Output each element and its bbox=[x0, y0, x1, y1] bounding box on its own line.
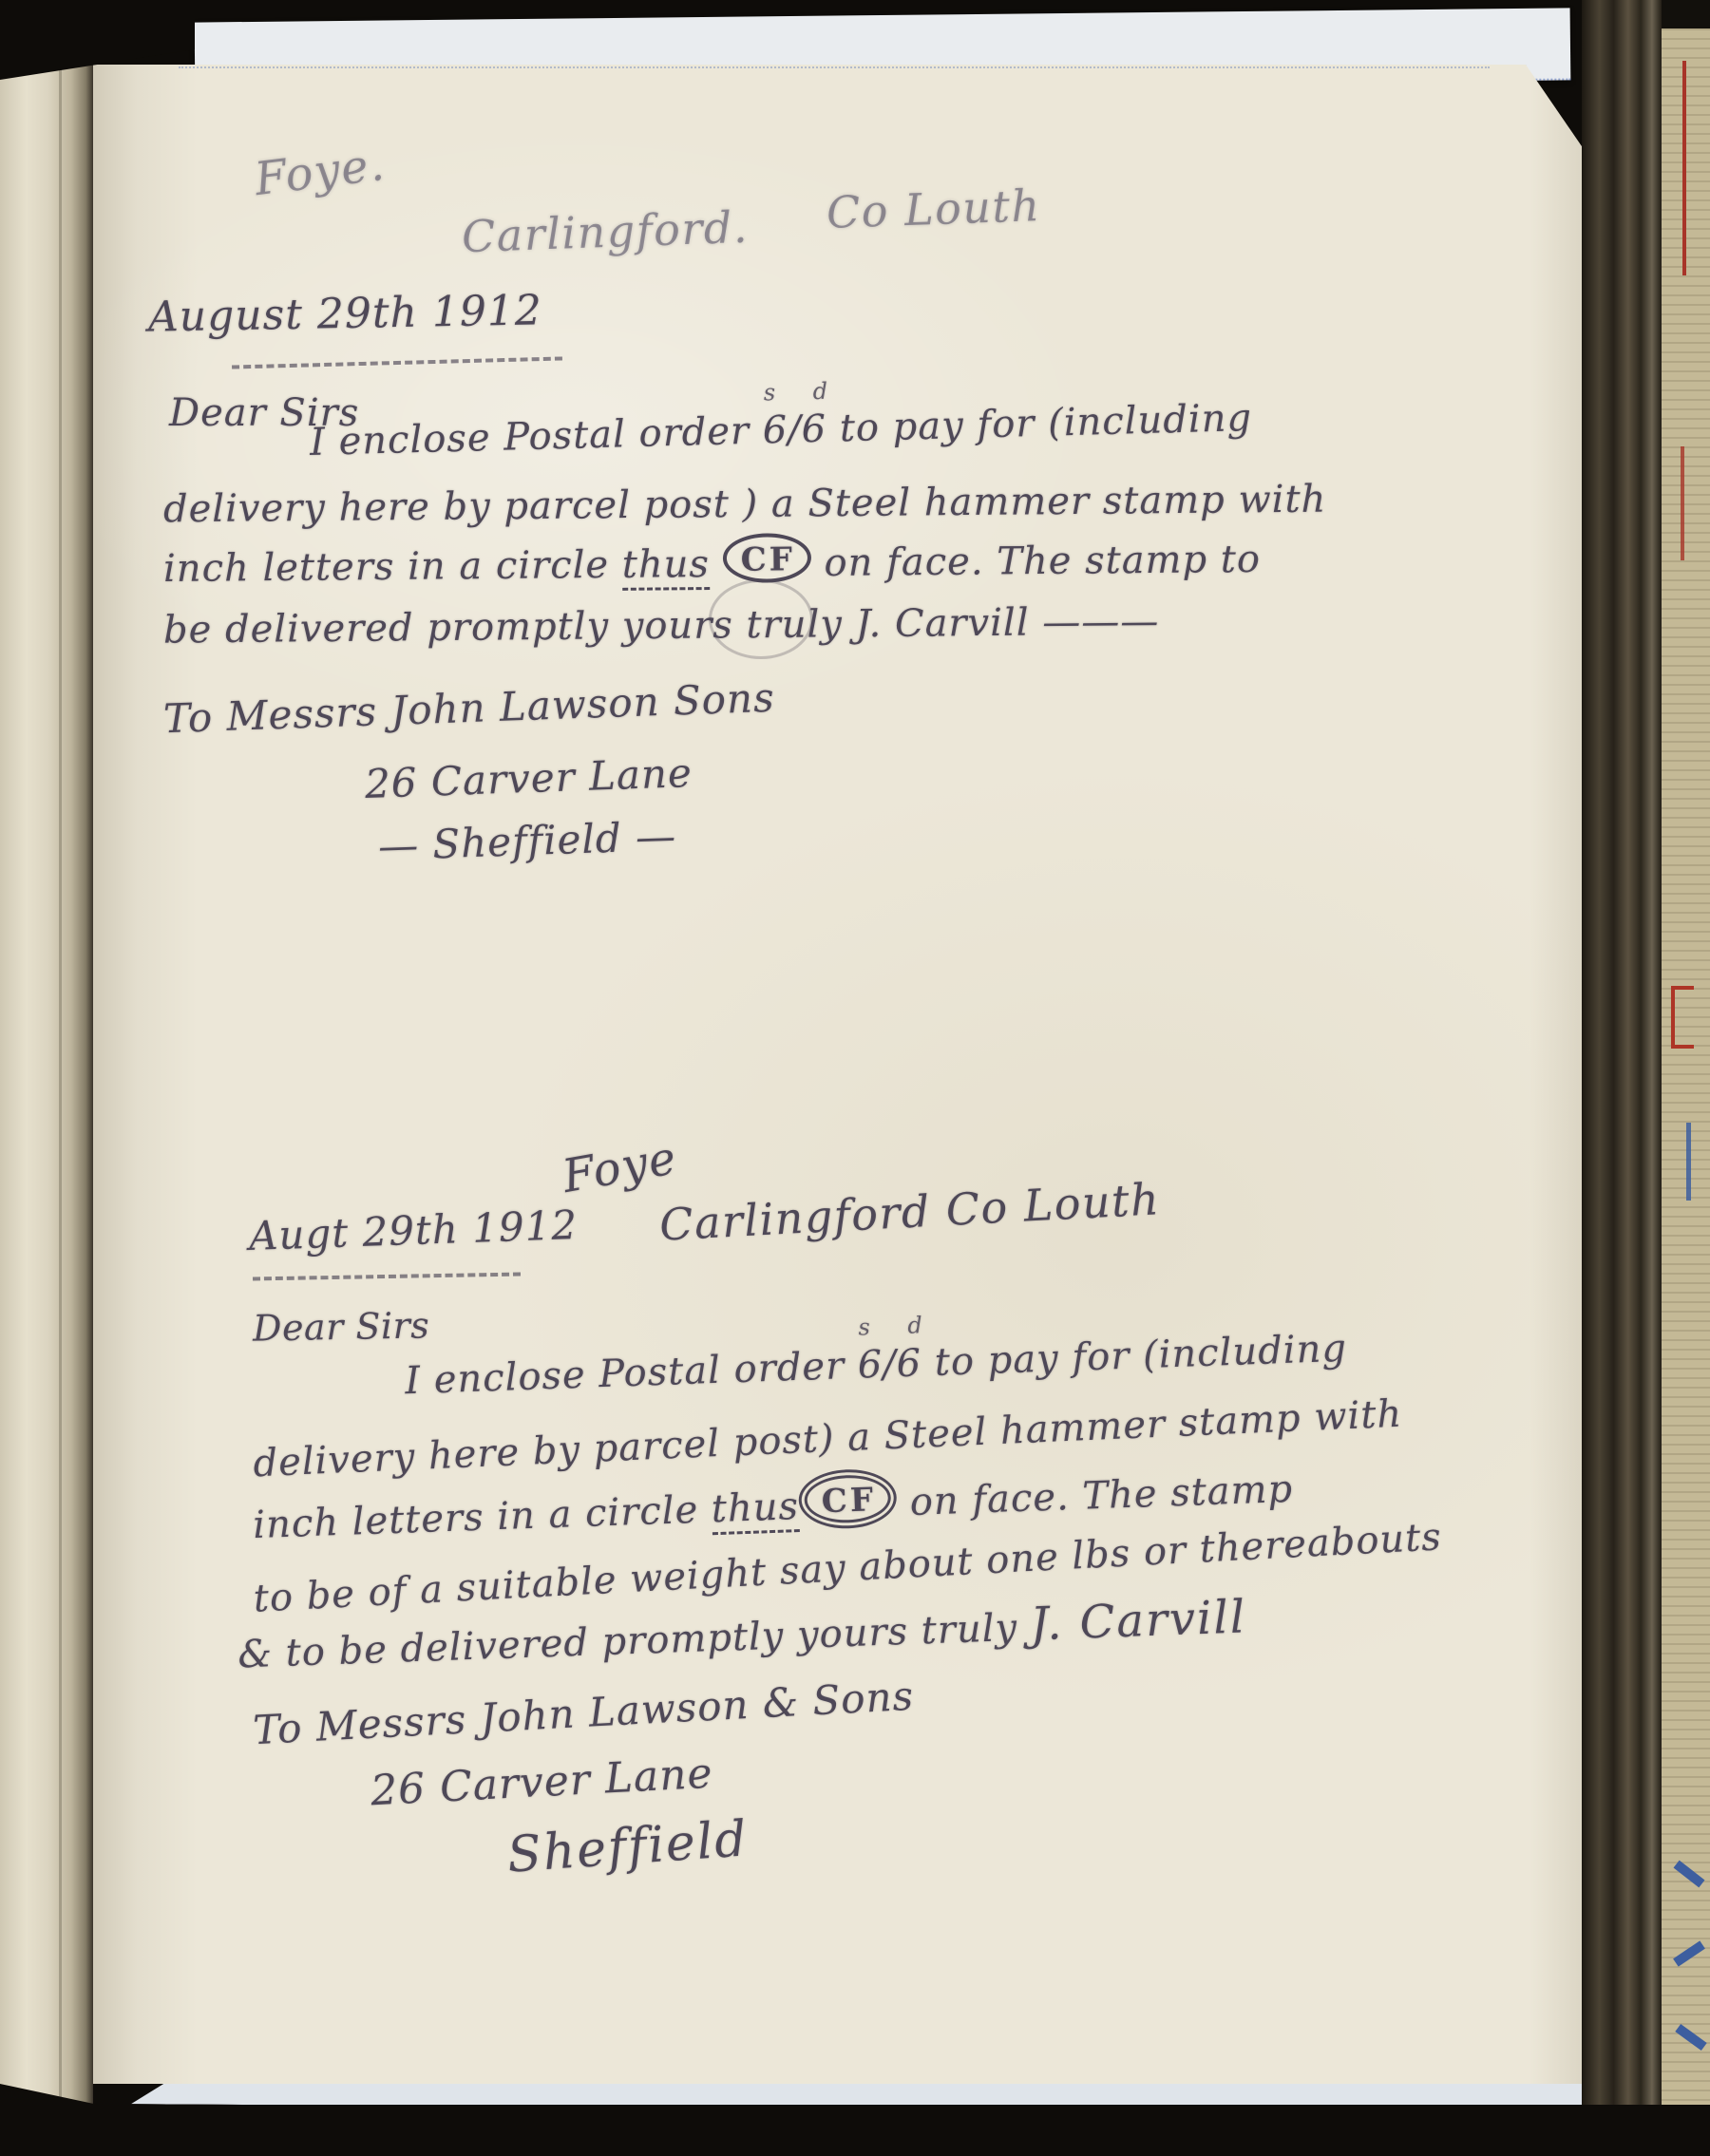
letter2-postal-order-amount: s d6/6 bbox=[857, 1341, 922, 1387]
letter1-addressee-line2: 26 Carver Lane bbox=[364, 750, 693, 807]
letter2-line1-post: to pay for (including bbox=[921, 1327, 1347, 1386]
previous-page-curl bbox=[0, 0, 93, 2156]
letter1-postal-order-amount: s d6/6 bbox=[762, 407, 827, 453]
letter1-place-name: Foye. bbox=[252, 139, 389, 207]
letter2-line1-pre: I enclose Postal order bbox=[404, 1344, 858, 1404]
letter1-line3-pre: inch letters in a circle bbox=[163, 543, 622, 591]
letter2-place-town-county: Carlingford Co Louth bbox=[658, 1174, 1161, 1250]
letter1-body-line1: I enclose Postal order s d6/6 to pay for… bbox=[310, 396, 1253, 464]
letter2-addressee-line1: To Messrs John Lawson & Sons bbox=[252, 1674, 915, 1754]
letter1-line1-post: to pay for (including bbox=[826, 396, 1253, 451]
letter2-date: Augt 29th 1912 bbox=[248, 1202, 579, 1259]
letter1-amount-value: 6/6 bbox=[762, 407, 827, 453]
letter2-line3-pre: inch letters in a circle bbox=[253, 1487, 712, 1547]
letter2-thus-underlined: thus bbox=[711, 1485, 800, 1535]
letter1-line3-post: on face. The stamp to bbox=[811, 538, 1262, 585]
letter1-line1-pre: I enclose Postal order bbox=[310, 409, 764, 464]
edge-blue-mark bbox=[1686, 1123, 1691, 1201]
book-block-edge bbox=[1582, 0, 1710, 2156]
letter1-body-line3: inch letters in a circle thus CF on face… bbox=[163, 535, 1261, 594]
letter-book-page: 363 Foye. Carlingford. Co Louth August 2… bbox=[93, 65, 1596, 2084]
letter1-cf-monogram-circled: CF bbox=[722, 533, 811, 583]
letter2-amount-value: 6/6 bbox=[857, 1341, 922, 1387]
background-band-bottom bbox=[0, 2105, 1710, 2156]
letter1-addressee-line3: — Sheffield — bbox=[377, 814, 677, 870]
edge-red-mark bbox=[1682, 61, 1686, 275]
letter2-date-underline bbox=[253, 1273, 521, 1281]
letter1-shillings-pence-marks: s d bbox=[763, 378, 843, 407]
letter2-place-name: Foye bbox=[559, 1132, 681, 1203]
letter2-salutation: Dear Sirs bbox=[253, 1305, 430, 1350]
edge-red-mark-small bbox=[1681, 446, 1684, 560]
letter2-shillings-pence-marks: s d bbox=[858, 1313, 938, 1341]
letter2-signature: J. Carvill bbox=[1030, 1590, 1247, 1651]
letter2-line3-post: on face. The stamp bbox=[896, 1467, 1294, 1525]
edge-red-bracket-mark bbox=[1671, 986, 1694, 1049]
letter1-date-underline bbox=[232, 356, 562, 369]
letter2-cf-monogram-circled: CF bbox=[798, 1467, 898, 1530]
letter1-trailing-dash: ——— bbox=[1042, 599, 1159, 644]
scanned-book-photograph: 363 Foye. Carlingford. Co Louth August 2… bbox=[0, 0, 1710, 2156]
letter1-date: August 29th 1912 bbox=[148, 287, 543, 342]
letter1-body-line2: delivery here by parcel post ) a Steel h… bbox=[163, 478, 1327, 532]
letter1-place-county: Co Louth bbox=[826, 180, 1041, 238]
letter2-body-line1: I enclose Postal order s d6/6 to pay for… bbox=[404, 1327, 1347, 1404]
letter1-addressee-line1: To Messrs John Lawson Sons bbox=[162, 675, 775, 743]
page-edge-stitch-top bbox=[179, 66, 1490, 68]
letter1-closing-and-signature: be delivered promptly yours truly J. Car… bbox=[163, 601, 1030, 652]
letter1-body-line4: be delivered promptly yours truly J. Car… bbox=[163, 599, 1160, 652]
page-crease bbox=[59, 0, 62, 2156]
letter2-addressee-line3: Sheffield bbox=[505, 1811, 750, 1884]
letter2-closing: & to be delivered promptly yours truly bbox=[237, 1605, 1032, 1676]
letter1-place-town: Carlingford. bbox=[461, 202, 750, 262]
book-edge-fold-strips bbox=[1582, 0, 1662, 2156]
letter1-thus-underlined: thus bbox=[622, 542, 711, 591]
book-edge-page-stack bbox=[1662, 28, 1710, 2137]
letter2-addressee-line2: 26 Carver Lane bbox=[370, 1750, 714, 1816]
